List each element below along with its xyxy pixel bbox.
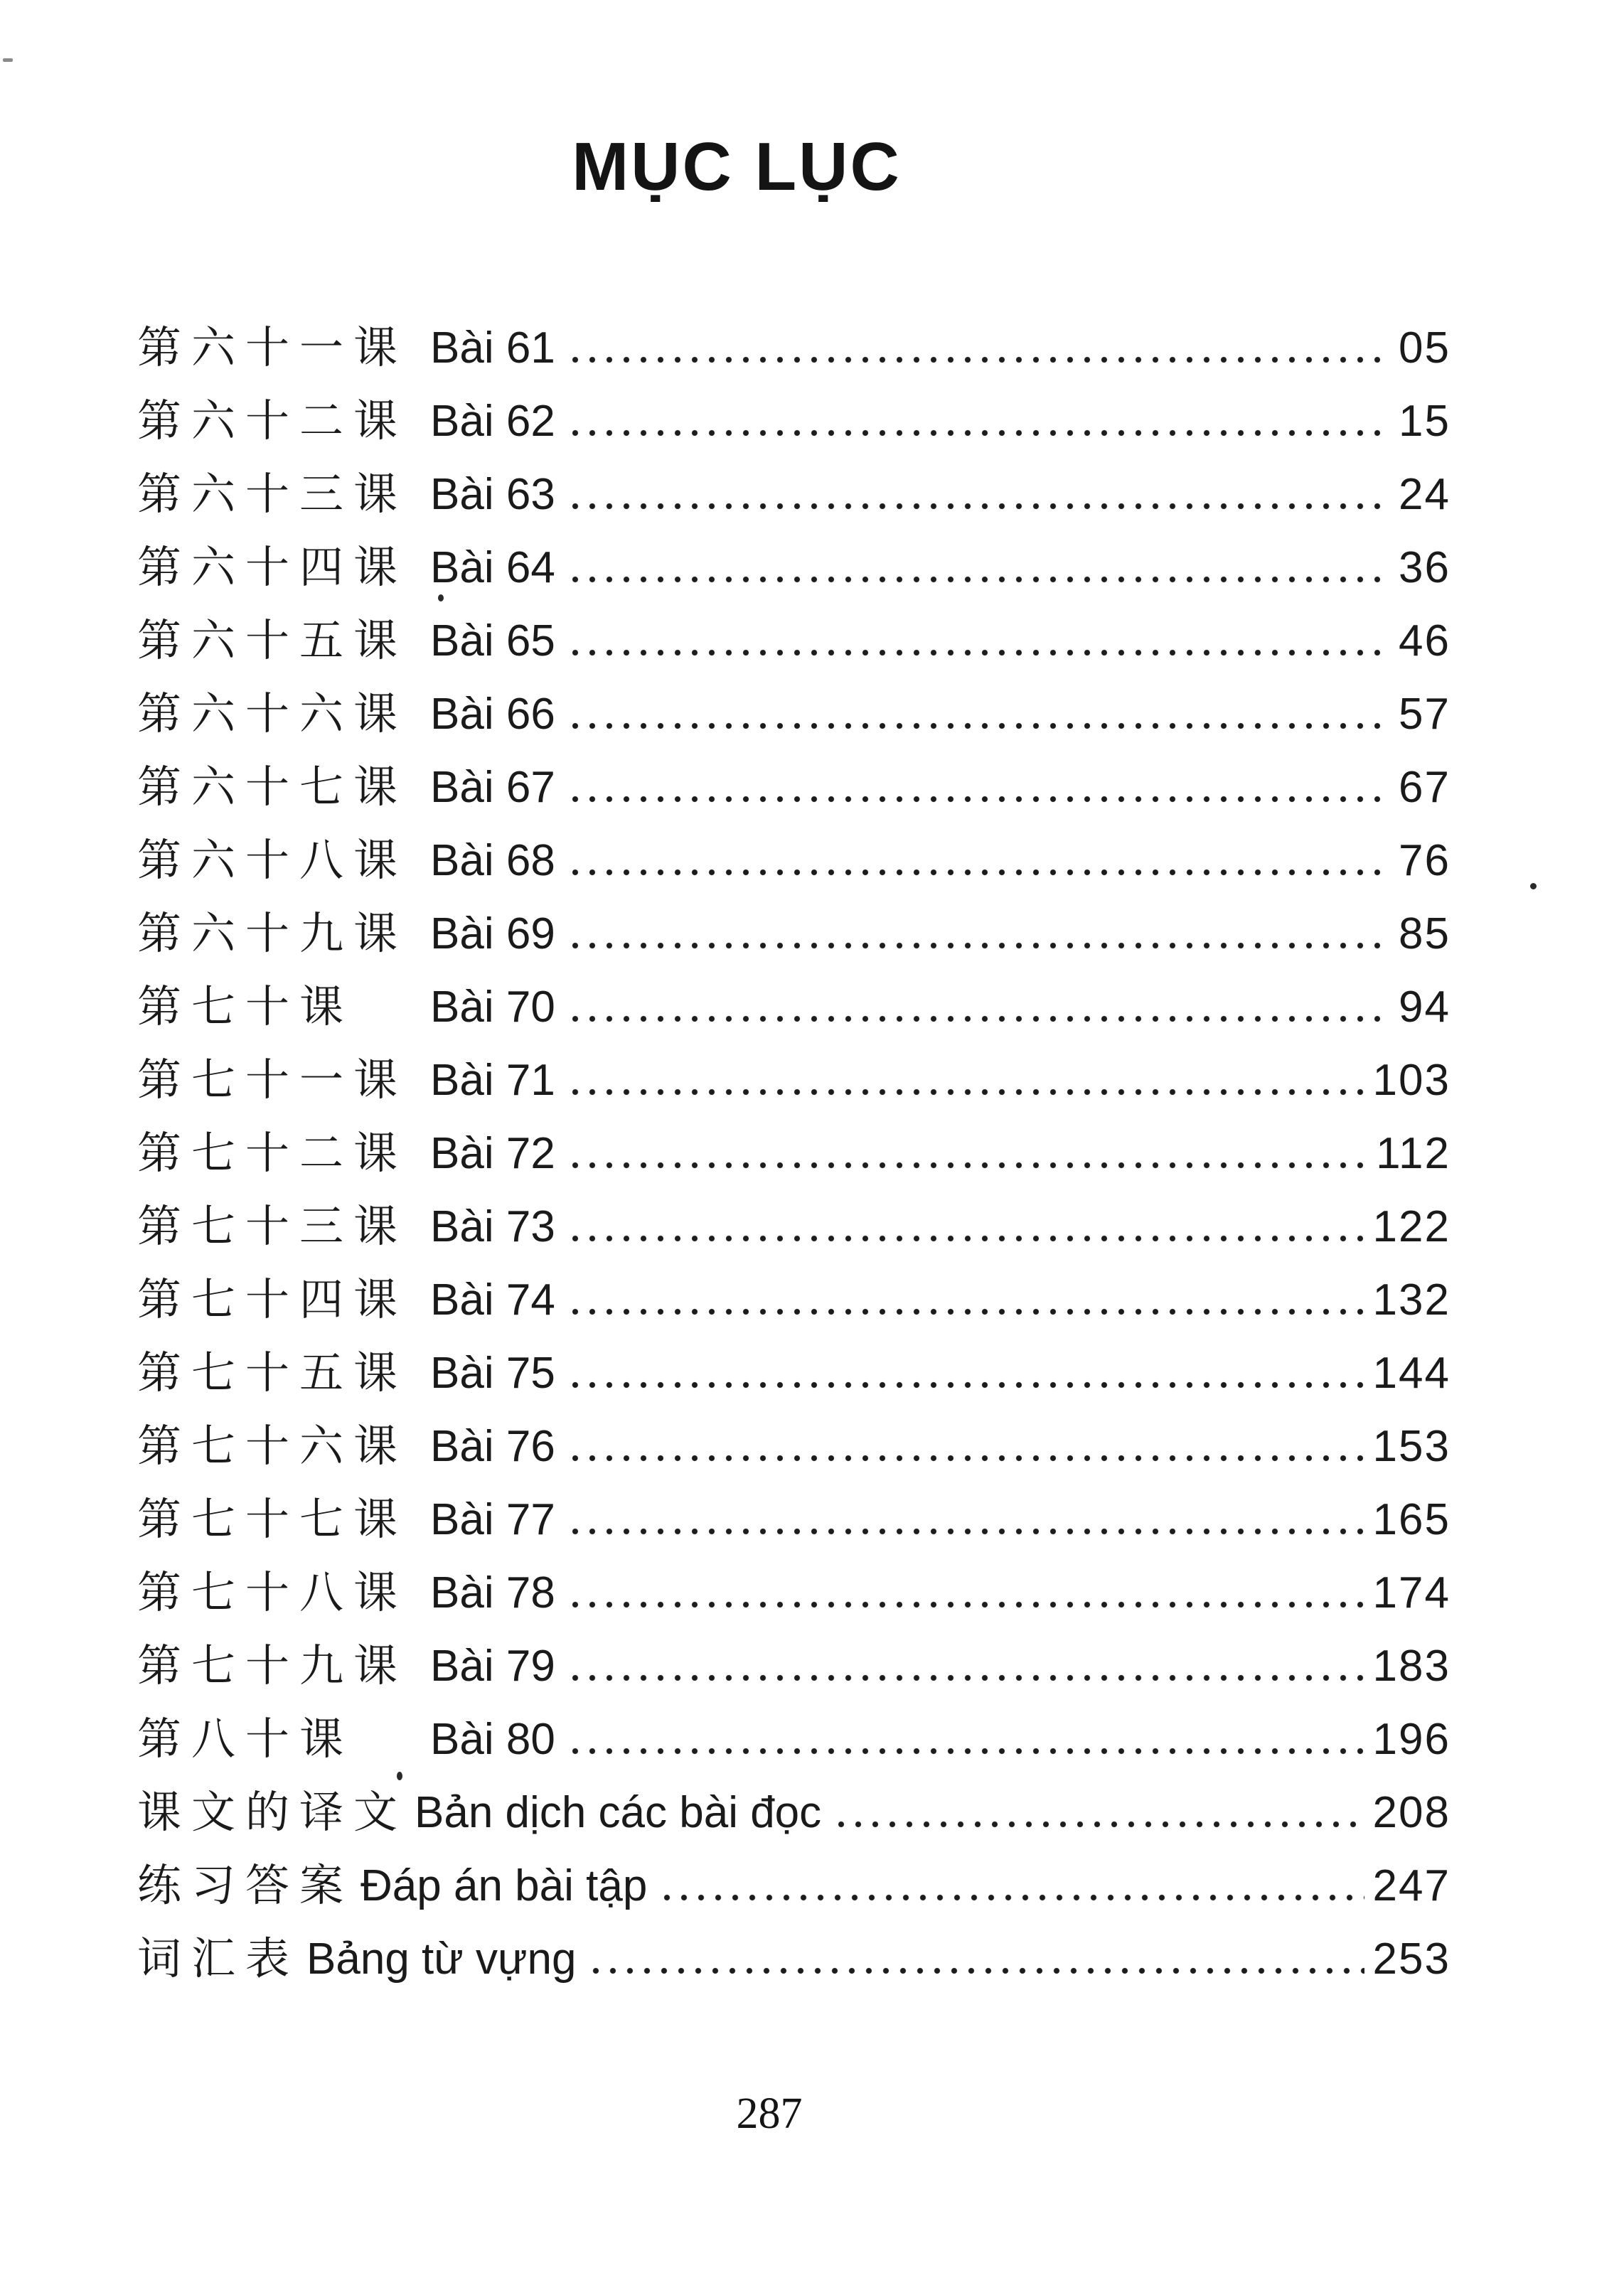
toc-row-chinese-title: 词汇表 [137, 1937, 299, 1981]
folio-page-number: 287 [0, 2089, 1581, 2139]
toc-row-page-number: 76 [1399, 839, 1451, 883]
scan-artifact [3, 58, 13, 62]
toc-row-vietnamese-title: Bài 78 [430, 1571, 555, 1615]
toc-row-vietnamese-title: Bản dịch các bài đọc [415, 1791, 821, 1835]
dot-leader [587, 1967, 1364, 1975]
dot-leader [567, 1088, 1364, 1096]
toc-row-page-number: 247 [1373, 1864, 1451, 1908]
dot-leader [567, 1161, 1367, 1170]
toc-row-vietnamese-title: Bài 62 [430, 400, 555, 444]
toc-row-page-number: 132 [1373, 1278, 1451, 1322]
toc-row-page-number: 122 [1373, 1205, 1451, 1249]
toc-row: 第七十六课 Bài 76 153 [137, 1396, 1451, 1469]
toc-row-chinese-title: 第六十九课 [137, 912, 430, 956]
toc-row: 练习答案 Đáp án bài tập 247 [137, 1835, 1451, 1908]
toc-row-vietnamese-title: Bài 64 [430, 546, 555, 590]
dot-leader [567, 941, 1390, 950]
toc-row: 第六十一课 Bài 61 05 [137, 297, 1451, 370]
dot-leader [567, 722, 1390, 730]
dot-leader [567, 1674, 1364, 1682]
dot-leader [567, 429, 1390, 437]
toc-row: 第七十二课 Bài 72 112 [137, 1103, 1451, 1176]
toc-row-chinese-title: 第八十课 [137, 1718, 430, 1762]
dot-leader [567, 1381, 1364, 1389]
toc-row-vietnamese-title: Bài 75 [430, 1352, 555, 1396]
toc-row-chinese-title: 第七十课 [137, 985, 430, 1029]
dot-leader [567, 502, 1390, 510]
dot-leader [567, 575, 1390, 584]
toc-row: 第八十课 Bài 80 196 [137, 1689, 1451, 1762]
toc-row-chinese-title: 第七十一课 [137, 1059, 430, 1103]
toc-row-chinese-title: 第七十二课 [137, 1132, 430, 1176]
toc-row-vietnamese-title: Bài 72 [430, 1132, 555, 1176]
page-title: MỤC LỤC [0, 128, 1549, 206]
toc-row-chinese-title: 第六十一课 [137, 326, 430, 370]
toc-row-page-number: 165 [1373, 1498, 1451, 1542]
dot-leader [567, 795, 1390, 803]
dot-leader [567, 1600, 1364, 1609]
toc-row: 第七十八课 Bài 78 174 [137, 1542, 1451, 1615]
toc-row: 第七十四课 Bài 74 132 [137, 1249, 1451, 1322]
toc-row-vietnamese-title: Bài 74 [430, 1278, 555, 1322]
toc-row: 第六十二课 Bài 62 15 [137, 370, 1451, 444]
toc-row-page-number: 46 [1399, 619, 1451, 663]
scan-artifact [438, 594, 444, 601]
dot-leader [567, 1527, 1364, 1536]
toc-row-chinese-title: 第七十六课 [137, 1425, 430, 1469]
toc-row-page-number: 36 [1399, 546, 1451, 590]
toc-row-vietnamese-title: Bảng từ vựng [306, 1937, 576, 1981]
dot-leader [567, 1747, 1364, 1755]
toc-row-chinese-title: 第六十七课 [137, 766, 430, 810]
toc-row-chinese-title: 第七十七课 [137, 1498, 430, 1542]
dot-leader [567, 355, 1390, 364]
toc-row-chinese-title: 练习答案 [137, 1864, 353, 1908]
toc-row-chinese-title: 第七十九课 [137, 1644, 430, 1689]
toc-row: 第六十九课 Bài 69 85 [137, 883, 1451, 956]
toc-row-chinese-title: 课文的译文 [137, 1791, 407, 1835]
toc-row-chinese-title: 第六十二课 [137, 400, 430, 444]
toc-row-page-number: 05 [1399, 326, 1451, 370]
toc-row-vietnamese-title: Bài 70 [430, 985, 555, 1029]
toc-row-page-number: 253 [1373, 1937, 1451, 1981]
toc-row: 第七十三课 Bài 73 122 [137, 1176, 1451, 1249]
toc-row-vietnamese-title: Bài 73 [430, 1205, 555, 1249]
toc-row-chinese-title: 第七十八课 [137, 1571, 430, 1615]
scanned-toc-page: MỤC LỤC 第六十一课 Bài 61 05 第六十二课 Bài 62 15 … [0, 0, 1624, 2295]
toc-row-chinese-title: 第六十八课 [137, 839, 430, 883]
toc-row-page-number: 153 [1373, 1425, 1451, 1469]
toc-row-vietnamese-title: Bài 69 [430, 912, 555, 956]
toc-row-page-number: 112 [1376, 1132, 1451, 1176]
toc-list: 第六十一课 Bài 61 05 第六十二课 Bài 62 15 第六十三课 Bà… [137, 297, 1451, 1981]
toc-row: 课文的译文 Bản dịch các bài đọc 208 [137, 1762, 1451, 1835]
toc-row-chinese-title: 第六十五课 [137, 619, 430, 663]
scan-artifact [397, 1772, 402, 1780]
toc-row-vietnamese-title: Bài 61 [430, 326, 555, 370]
toc-row-vietnamese-title: Bài 68 [430, 839, 555, 883]
toc-row: 第六十五课 Bài 65 46 [137, 590, 1451, 663]
toc-row-page-number: 15 [1399, 400, 1451, 444]
toc-row-page-number: 85 [1399, 912, 1451, 956]
toc-row-page-number: 196 [1373, 1718, 1451, 1762]
toc-row: 词汇表 Bảng từ vựng 253 [137, 1908, 1451, 1981]
toc-row: 第六十六课 Bài 66 57 [137, 663, 1451, 737]
toc-row-chinese-title: 第六十六课 [137, 692, 430, 737]
toc-row-page-number: 174 [1373, 1571, 1451, 1615]
toc-row-vietnamese-title: Bài 80 [430, 1718, 555, 1762]
toc-row-vietnamese-title: Bài 71 [430, 1059, 555, 1103]
toc-row: 第七十七课 Bài 77 165 [137, 1469, 1451, 1542]
toc-row-vietnamese-title: Bài 65 [430, 619, 555, 663]
toc-row: 第六十七课 Bài 67 67 [137, 737, 1451, 810]
toc-row-chinese-title: 第六十三课 [137, 473, 430, 517]
toc-row-page-number: 24 [1399, 473, 1451, 517]
toc-row-page-number: 144 [1373, 1352, 1451, 1396]
toc-row-chinese-title: 第七十三课 [137, 1205, 430, 1249]
toc-row: 第六十三课 Bài 63 24 [137, 444, 1451, 517]
toc-row-page-number: 57 [1399, 692, 1451, 737]
dot-leader [567, 1307, 1364, 1316]
toc-row-vietnamese-title: Bài 77 [430, 1498, 555, 1542]
toc-row-page-number: 208 [1373, 1791, 1451, 1835]
toc-row: 第七十一课 Bài 71 103 [137, 1029, 1451, 1103]
toc-row-vietnamese-title: Bài 67 [430, 766, 555, 810]
toc-row-vietnamese-title: Đáp án bài tập [360, 1864, 647, 1908]
toc-row: 第七十九课 Bài 79 183 [137, 1615, 1451, 1689]
toc-row-vietnamese-title: Bài 66 [430, 692, 555, 737]
dot-leader [567, 1015, 1390, 1023]
dot-leader [567, 1234, 1364, 1243]
dot-leader [658, 1893, 1364, 1902]
toc-row: 第七十五课 Bài 75 144 [137, 1322, 1451, 1396]
toc-row-page-number: 103 [1373, 1059, 1451, 1103]
toc-row-page-number: 67 [1399, 766, 1451, 810]
toc-row: 第七十课 Bài 70 94 [137, 956, 1451, 1029]
dot-leader [567, 1454, 1364, 1462]
scan-artifact [1530, 883, 1537, 889]
toc-row-page-number: 94 [1399, 985, 1451, 1029]
toc-row-chinese-title: 第七十四课 [137, 1278, 430, 1322]
dot-leader [567, 648, 1390, 657]
dot-leader [567, 868, 1390, 877]
toc-row-page-number: 183 [1373, 1644, 1451, 1689]
toc-row-vietnamese-title: Bài 76 [430, 1425, 555, 1469]
toc-row-chinese-title: 第六十四课 [137, 546, 430, 590]
dot-leader [833, 1820, 1364, 1829]
toc-row-chinese-title: 第七十五课 [137, 1352, 430, 1396]
toc-row: 第六十四课 Bài 64 36 [137, 517, 1451, 590]
toc-row-vietnamese-title: Bài 79 [430, 1644, 555, 1689]
toc-row: 第六十八课 Bài 68 76 [137, 810, 1451, 883]
toc-row-vietnamese-title: Bài 63 [430, 473, 555, 517]
